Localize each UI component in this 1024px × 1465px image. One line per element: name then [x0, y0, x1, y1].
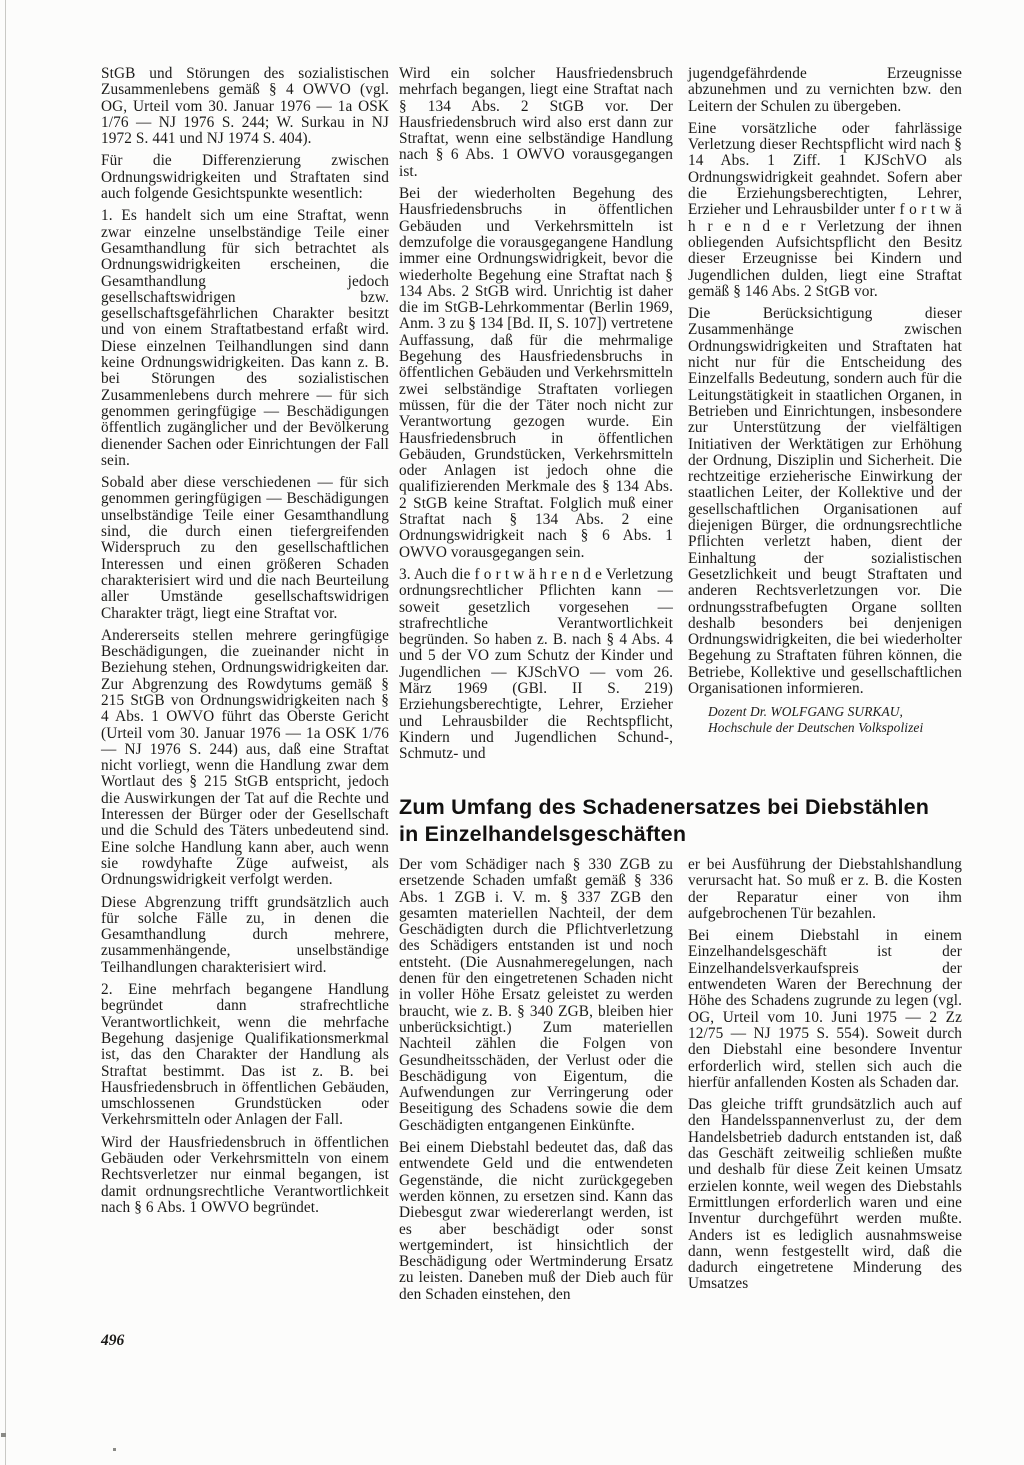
article1-col1-paragraph: Wird der Hausfriedensbruch in öffentlich…: [101, 1135, 389, 1216]
article1-col1-paragraph: 2. Eine mehrfach begangene Handlung begr…: [101, 982, 389, 1129]
scan-edge-artifact: [5, 0, 6, 1465]
article1-col3-paragraph: Die Berücksichtigung dieser Zusammenhäng…: [688, 306, 962, 697]
article2-col2-paragraph: er bei Ausführung der Diebstahlshandlung…: [688, 857, 962, 922]
article1-column2: Wird ein solcher Hausfriedensbruch mehrf…: [399, 66, 673, 762]
page-number: 496: [101, 1332, 124, 1350]
article1-col1-paragraph: Sobald aber diese verschiedenen — für si…: [101, 475, 389, 622]
article1-column3: jugendgefährdende Erzeugnisse abzunehmen…: [688, 66, 962, 735]
article1-col3-paragraph: Eine vorsätzliche oder fahrlässige Verle…: [688, 121, 962, 300]
article1-author-credit: Dozent Dr. WOLFGANG SURKAU, Hochschule d…: [708, 704, 962, 735]
article1-column1: StGB und Störungen des sozialistischen Z…: [101, 66, 389, 1216]
article1-col1-paragraph: StGB und Störungen des sozialistischen Z…: [101, 66, 389, 147]
article2-col1-paragraph: Bei einem Diebstahl bedeutet das, daß da…: [399, 1140, 673, 1303]
article2-col2-paragraph: Das gleiche trifft grundsätzlich auch au…: [688, 1097, 962, 1293]
article1-col2-paragraph: Wird ein solcher Hausfriedensbruch mehrf…: [399, 66, 673, 180]
journal-page: StGB und Störungen des sozialistischen Z…: [0, 0, 1024, 1465]
author-affiliation: Hochschule der Deutschen Volkspolizei: [708, 720, 962, 736]
article1-col1-paragraph: Für die Differenzierung zwischen Ordnung…: [101, 153, 389, 202]
article2-column2: er bei Ausführung der Diebstahlshandlung…: [688, 857, 962, 1293]
article2-col1-paragraph: Der vom Schädiger nach § 330 ZGB zu erse…: [399, 857, 673, 1134]
article1-col2-paragraph: 3. Auch die f o r t w ä h r e n d e Verl…: [399, 567, 673, 763]
author-name: Dozent Dr. WOLFGANG SURKAU,: [708, 704, 962, 720]
article2-column1: Der vom Schädiger nach § 330 ZGB zu erse…: [399, 857, 673, 1303]
scan-speck: [1, 1433, 6, 1437]
article2-title-line2: in Einzelhandelsgeschäften: [399, 821, 979, 848]
article2-title: Zum Umfang des Schadenersatzes bei Diebs…: [399, 794, 979, 848]
article1-col1-paragraph: 1. Es handelt sich um eine Straftat, wen…: [101, 208, 389, 469]
article1-col1-paragraph: Andererseits stellen mehrere geringfügig…: [101, 628, 389, 889]
article2-title-line1: Zum Umfang des Schadenersatzes bei Diebs…: [399, 794, 979, 821]
article1-col2-paragraph: Bei der wiederholten Begehung des Hausfr…: [399, 186, 673, 561]
article1-col1-paragraph: Diese Abgrenzung trifft grundsätzlich au…: [101, 895, 389, 976]
article2-col2-paragraph: Bei einem Diebstahl in einem Einzelhande…: [688, 928, 962, 1091]
article1-col3-paragraph: jugendgefährdende Erzeugnisse abzunehmen…: [688, 66, 962, 115]
scan-speck: [113, 1448, 116, 1451]
